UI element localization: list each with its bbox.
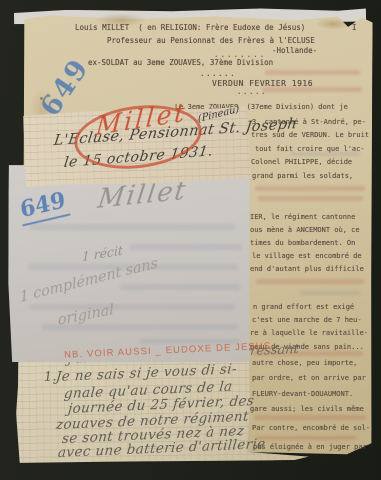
faint-bleed-line (30, 224, 235, 230)
typed-line: re à laquelle le ravitaille- (250, 329, 368, 337)
typed-line: FLEURY-devant-DOUAUMONT. (252, 390, 353, 398)
typed-line: end d'autant plus difficile (250, 265, 364, 273)
faint-bleed-line (120, 284, 240, 290)
faint-bleed-line (30, 304, 235, 310)
typed-line: ous mène à ANCEMONT où, ce (250, 226, 360, 234)
faint-bleed-line (254, 415, 366, 420)
typed-line: grand parmi les soldats, (252, 172, 353, 180)
typed-line: Par contre, encombré de sol- (252, 424, 370, 432)
typed-line: par ordre, et on arrive par (252, 374, 366, 382)
typed-line: Colonel PHILIPPE, décide (251, 158, 352, 166)
speck (120, 24, 122, 26)
faint-bleed-line (258, 196, 363, 201)
stain (316, 18, 350, 30)
document-header-line2: Professeur au Pensionnat des Frères à l'… (107, 36, 315, 45)
document-header-line3: -Hollande- (272, 46, 317, 55)
dotted-separator: ...... (200, 69, 236, 78)
typed-line: gare aussi; les civils même (250, 405, 364, 413)
typed-line: c'est une marche de 7 heu- (252, 316, 362, 324)
typed-line: autre chose, peu importe, (252, 359, 357, 367)
faint-bleed-line (300, 291, 360, 295)
typed-line: times du bombardement. On (250, 239, 355, 247)
faint-bleed-line (256, 279, 364, 284)
faint-bleed-line (265, 70, 360, 75)
scanned-archive-documents: Louis MILLET ( en RELIGION: Frère Eudoxe… (0, 0, 381, 480)
faint-bleed-line (255, 186, 365, 191)
typed-line: IER, le régiment cantonne (250, 213, 355, 221)
page-number: I (352, 23, 357, 32)
faint-bleed-line (256, 436, 356, 440)
typed-line: le village est encombré de (252, 252, 362, 260)
document-header-line4: ex-SOLDAT au 3eme ZOUAVES, 37ème Divisio… (88, 58, 273, 67)
typed-line: pas éloignée à en juger par (253, 443, 367, 451)
document-header-line1: Louis MILLET ( en RELIGION: Frère Eudoxe… (75, 23, 305, 32)
faint-bleed-line (130, 244, 242, 250)
typed-line: n grand effort est exigé (253, 303, 354, 311)
typed-line: tout fait croire que l'ac- (255, 145, 365, 153)
faint-bleed-line (262, 87, 362, 92)
